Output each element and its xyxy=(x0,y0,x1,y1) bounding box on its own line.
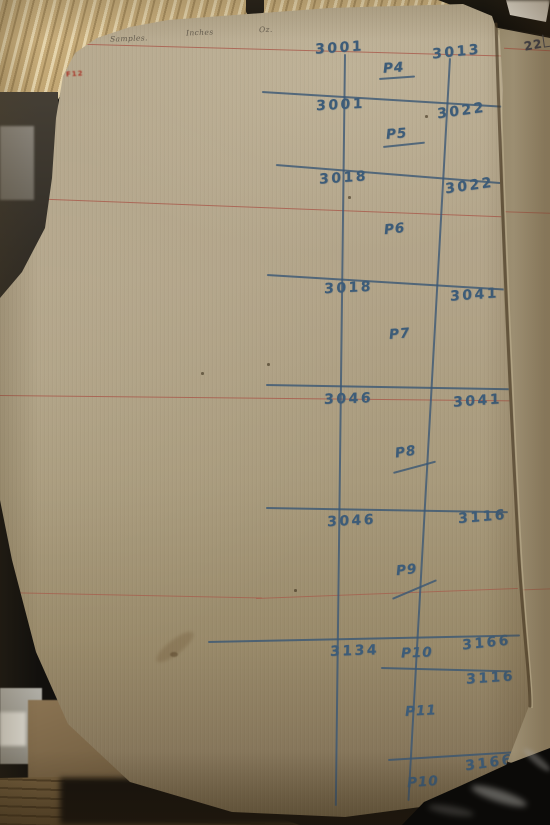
hw-row7-left: 3134 xyxy=(330,642,379,660)
hw-row2-left: 3001 xyxy=(316,96,365,115)
paper-speck xyxy=(267,363,270,366)
white-paper-edge-left xyxy=(0,712,26,746)
stain-dot xyxy=(170,652,178,657)
column-header-oz: Oz. xyxy=(259,25,273,34)
hw-row5-left: 3046 xyxy=(324,390,373,408)
paper-speck xyxy=(201,372,204,375)
paper-speck xyxy=(294,589,297,592)
hw-label-p10-bottom: P10 xyxy=(406,773,439,791)
wood-slat-gap xyxy=(246,0,264,15)
ledger-page: Samples. Inches Oz. F12 3001 3013 P4 30 xyxy=(0,0,550,825)
column-header-inches: Inches xyxy=(186,28,214,38)
hw-row6-left: 3046 xyxy=(327,512,376,531)
paper-speck xyxy=(348,196,351,199)
paper-speck xyxy=(425,115,428,118)
hw-label-p6: P6 xyxy=(383,220,406,238)
ledger-photo: 22 Samples. Inches Oz. F12 xyxy=(0,0,550,825)
hw-row4-right: 3041 xyxy=(450,285,499,304)
hw-label-p9: P9 xyxy=(395,561,418,579)
hw-label-p5: P5 xyxy=(385,125,408,143)
hw-row4-left: 3018 xyxy=(324,279,373,298)
column-header-samples: Samples. xyxy=(110,33,148,43)
hw-row7-mid: P10 xyxy=(401,644,433,661)
hw-label-p8: P8 xyxy=(394,443,417,462)
red-margin-note: F12 xyxy=(66,69,84,78)
hw-label-p4: P4 xyxy=(382,59,404,76)
hw-label-p7: P7 xyxy=(388,325,411,343)
grey-object-left xyxy=(0,126,34,200)
hw-row8-right: 3116 xyxy=(466,668,515,687)
hw-row5-right: 3041 xyxy=(453,391,502,410)
hw-label-p11: P11 xyxy=(405,702,437,720)
paper-texture xyxy=(0,0,550,825)
hw-row1-left: 3001 xyxy=(315,38,364,57)
hw-row3-left: 3018 xyxy=(319,168,368,187)
